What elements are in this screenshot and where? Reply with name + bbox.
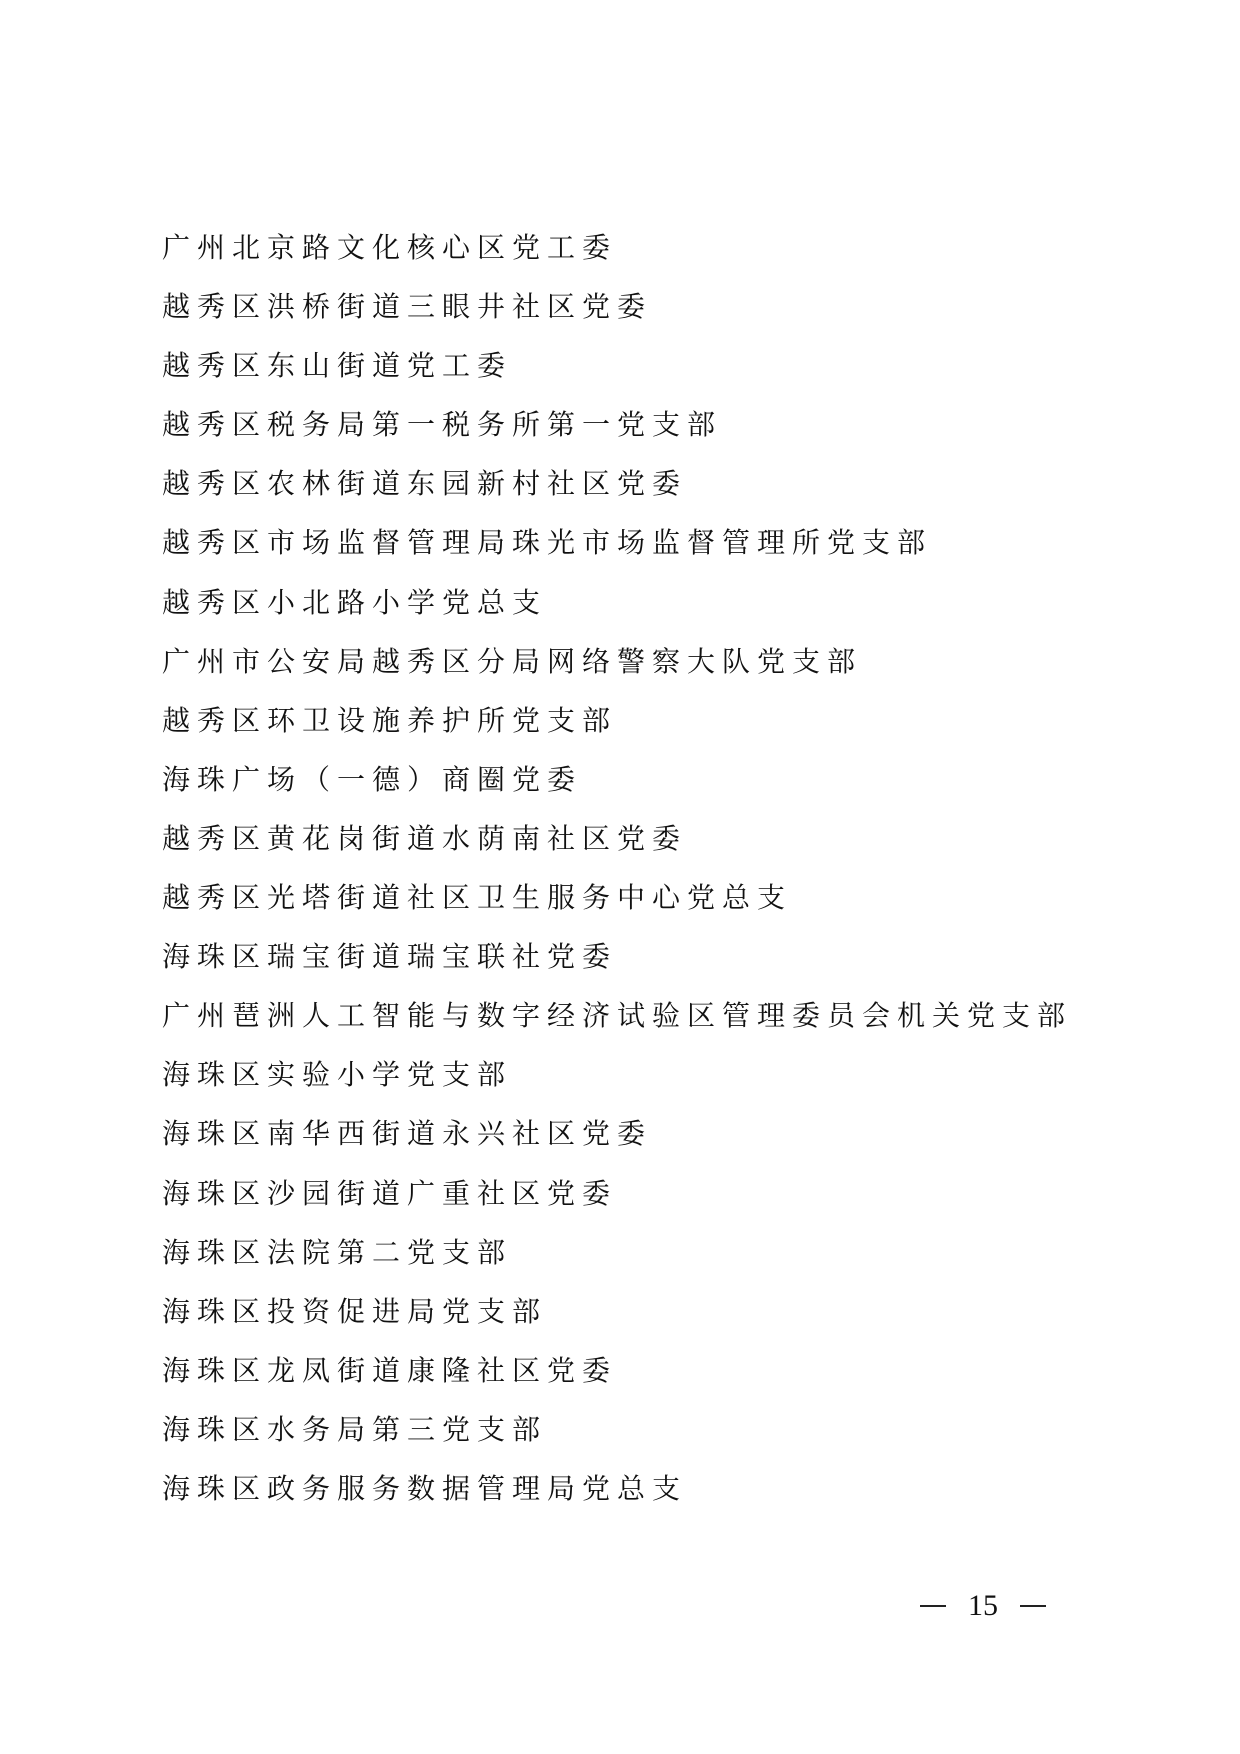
- list-item: 海珠区南华西街道永兴社区党委: [162, 1104, 1072, 1163]
- dash-right: [1020, 1605, 1046, 1607]
- list-item: 海珠区龙凤街道康隆社区党委: [162, 1341, 1072, 1400]
- list-item: 海珠区瑞宝街道瑞宝联社党委: [162, 927, 1072, 986]
- page-number: 15: [920, 1586, 1046, 1626]
- list-item: 越秀区税务局第一税务所第一党支部: [162, 395, 1072, 454]
- list-item: 越秀区市场监督管理局珠光市场监督管理所党支部: [162, 513, 1072, 572]
- list-item: 海珠区实验小学党支部: [162, 1045, 1072, 1104]
- list-item: 海珠区投资促进局党支部: [162, 1282, 1072, 1341]
- list-item: 海珠广场（一德）商圈党委: [162, 750, 1072, 809]
- list-item: 越秀区黄花岗街道水荫南社区党委: [162, 809, 1072, 868]
- list-item: 越秀区东山街道党工委: [162, 336, 1072, 395]
- document-page: 广州北京路文化核心区党工委 越秀区洪桥街道三眼井社区党委 越秀区东山街道党工委 …: [0, 0, 1240, 1754]
- list-item: 越秀区洪桥街道三眼井社区党委: [162, 277, 1072, 336]
- list-item: 海珠区沙园街道广重社区党委: [162, 1164, 1072, 1223]
- list-item: 海珠区政务服务数据管理局党总支: [162, 1459, 1072, 1518]
- list-item: 广州市公安局越秀区分局网络警察大队党支部: [162, 632, 1072, 691]
- list-item: 越秀区农林街道东园新村社区党委: [162, 454, 1072, 513]
- list-item: 越秀区小北路小学党总支: [162, 573, 1072, 632]
- list-item: 海珠区法院第二党支部: [162, 1223, 1072, 1282]
- list-item: 越秀区光塔街道社区卫生服务中心党总支: [162, 868, 1072, 927]
- organization-list: 广州北京路文化核心区党工委 越秀区洪桥街道三眼井社区党委 越秀区东山街道党工委 …: [162, 218, 1072, 1518]
- dash-left: [920, 1605, 946, 1607]
- list-item: 广州北京路文化核心区党工委: [162, 218, 1072, 277]
- list-item: 海珠区水务局第三党支部: [162, 1400, 1072, 1459]
- list-item: 广州琶洲人工智能与数字经济试验区管理委员会机关党支部: [162, 986, 1072, 1045]
- page-number-text: 15: [968, 1586, 998, 1626]
- list-item: 越秀区环卫设施养护所党支部: [162, 691, 1072, 750]
